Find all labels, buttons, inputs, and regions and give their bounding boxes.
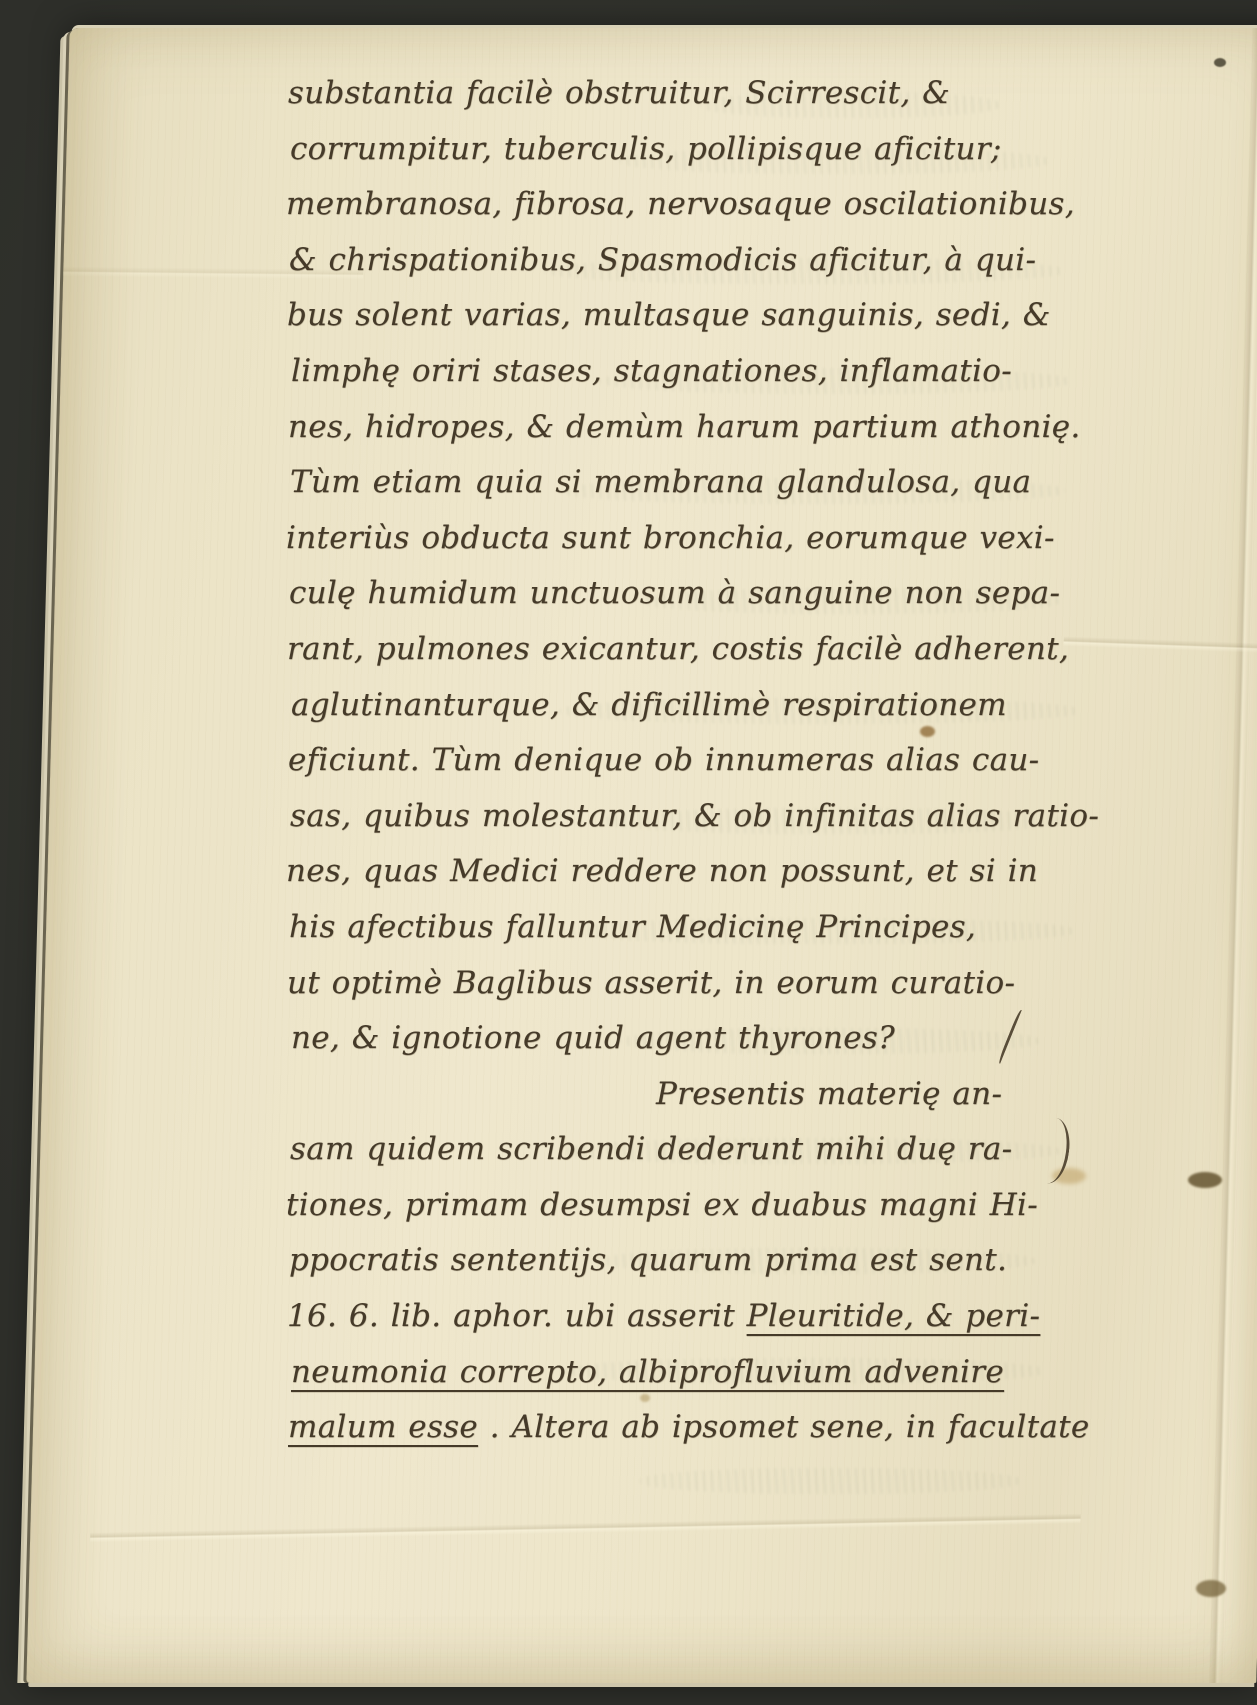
paper-stain	[1188, 1172, 1222, 1188]
text-segment: nes, quas Medici reddere non possunt, et…	[286, 853, 1038, 889]
paper-stain	[1196, 1580, 1226, 1597]
text-segment: rant, pulmones exicantur, costis facilè …	[287, 631, 1069, 667]
manuscript-line: malum esse . Altera ab ipsomet sene, in …	[288, 1400, 1060, 1456]
paper-crease	[90, 1513, 1080, 1542]
manuscript-line: sas, quibus molestantur, & ob infinitas …	[290, 789, 1062, 845]
manuscript-line: ut optimè Baglibus asserit, in eorum cur…	[287, 956, 1059, 1012]
manuscript-line: bus solent varias, multasque sanguinis, …	[287, 288, 1059, 344]
underlined-text-segment: neumonia correpto, albiprofluvium adveni…	[291, 1354, 1004, 1390]
manuscript-line: Presentis materię an-	[288, 1067, 1060, 1123]
manuscript-line: his afectibus falluntur Medicinę Princip…	[289, 900, 1061, 956]
text-segment: 16. 6. lib. aphor. ubi asserit	[287, 1298, 747, 1334]
manuscript-line: nes, hidropes, & demùm harum partium ath…	[288, 400, 1060, 456]
underlined-text-segment: Pleuritide, & peri-	[747, 1298, 1041, 1334]
manuscript-line: interiùs obducta sunt bronchia, eorumque…	[286, 511, 1058, 567]
paper-crease	[1063, 636, 1257, 654]
manuscript-line: substantia facilè obstruitur, Scirrescit…	[288, 66, 1060, 122]
underlined-text-segment: malum esse	[288, 1409, 478, 1445]
text-segment: Presentis materię an-	[656, 1076, 1002, 1112]
manuscript-line: sam quidem scribendi dederunt mihi duę r…	[290, 1122, 1062, 1178]
text-segment: eficiunt. Tùm denique ob innumeras alias…	[288, 742, 1039, 778]
manuscript-line: corrumpitur, tuberculis, pollipisque afi…	[290, 122, 1062, 178]
paper-speck	[1214, 58, 1226, 67]
text-segment: . Altera ab ipsomet sene, in facultate	[478, 1409, 1090, 1445]
text-segment: culę humidum unctuosum à sanguine non se…	[289, 575, 1060, 611]
text-segment: sam quidem scribendi dederunt mihi duę r…	[290, 1131, 1012, 1167]
manuscript-line: neumonia correpto, albiprofluvium adveni…	[291, 1345, 1063, 1401]
manuscript-line: & chrispationibus, Spasmodicis aficitur,…	[289, 233, 1061, 289]
text-segment: limphę oriri stases, stagnationes, infla…	[291, 353, 1012, 389]
page-edge-strip	[1222, 28, 1257, 1683]
text-segment: membranosa, fibrosa, nervosaque oscilati…	[286, 186, 1075, 222]
manuscript-line: eficiunt. Tùm denique ob innumeras alias…	[288, 733, 1060, 789]
text-segment: interiùs obducta sunt bronchia, eorumque…	[286, 520, 1055, 556]
manuscript-line: tiones, primam desumpsi ex duabus magni …	[286, 1178, 1058, 1234]
manuscript-line: limphę oriri stases, stagnationes, infla…	[291, 344, 1063, 400]
text-segment: aglutinanturque, & dificillimè respirati…	[291, 687, 1007, 723]
manuscript-text: substantia facilè obstruitur, Scirrescit…	[288, 66, 1060, 1456]
manuscript-line: culę humidum unctuosum à sanguine non se…	[289, 566, 1061, 622]
manuscript-line: aglutinanturque, & dificillimè respirati…	[291, 678, 1063, 734]
text-segment: sas, quibus molestantur, & ob infinitas …	[290, 798, 1099, 834]
text-segment: tiones, primam desumpsi ex duabus magni …	[286, 1187, 1038, 1223]
manuscript-line: rant, pulmones exicantur, costis facilè …	[287, 622, 1059, 678]
text-segment: & chrispationibus, Spasmodicis aficitur,…	[289, 242, 1036, 278]
text-segment: bus solent varias, multasque sanguinis, …	[287, 297, 1051, 333]
photo-backdrop: substantia facilè obstruitur, Scirrescit…	[0, 0, 1257, 1705]
text-segment: Tùm etiam quia si membrana glandulosa, q…	[290, 464, 1031, 500]
text-segment: substantia facilè obstruitur, Scirrescit…	[288, 75, 950, 111]
text-segment: nes, hidropes, & demùm harum partium ath…	[288, 409, 1081, 445]
manuscript-line: ne, & ignotione quid agent thyrones?	[291, 1011, 1063, 1067]
manuscript-line: membranosa, fibrosa, nervosaque oscilati…	[286, 177, 1058, 233]
vertical-fold-crease	[1208, 28, 1257, 1683]
text-segment: ppocratis sententijs, quarum prima est s…	[289, 1242, 1007, 1278]
manuscript-line: ppocratis sententijs, quarum prima est s…	[289, 1233, 1061, 1289]
text-segment: his afectibus falluntur Medicinę Princip…	[289, 909, 976, 945]
text-segment: ut optimè Baglibus asserit, in eorum cur…	[287, 965, 1015, 1001]
text-segment: ne, & ignotione quid agent thyrones?	[291, 1020, 895, 1056]
text-segment: corrumpitur, tuberculis, pollipisque afi…	[290, 131, 1002, 167]
manuscript-line: Tùm etiam quia si membrana glandulosa, q…	[290, 455, 1062, 511]
manuscript-line: nes, quas Medici reddere non possunt, et…	[286, 844, 1058, 900]
manuscript-line: 16. 6. lib. aphor. ubi asserit Pleuritid…	[287, 1289, 1059, 1345]
